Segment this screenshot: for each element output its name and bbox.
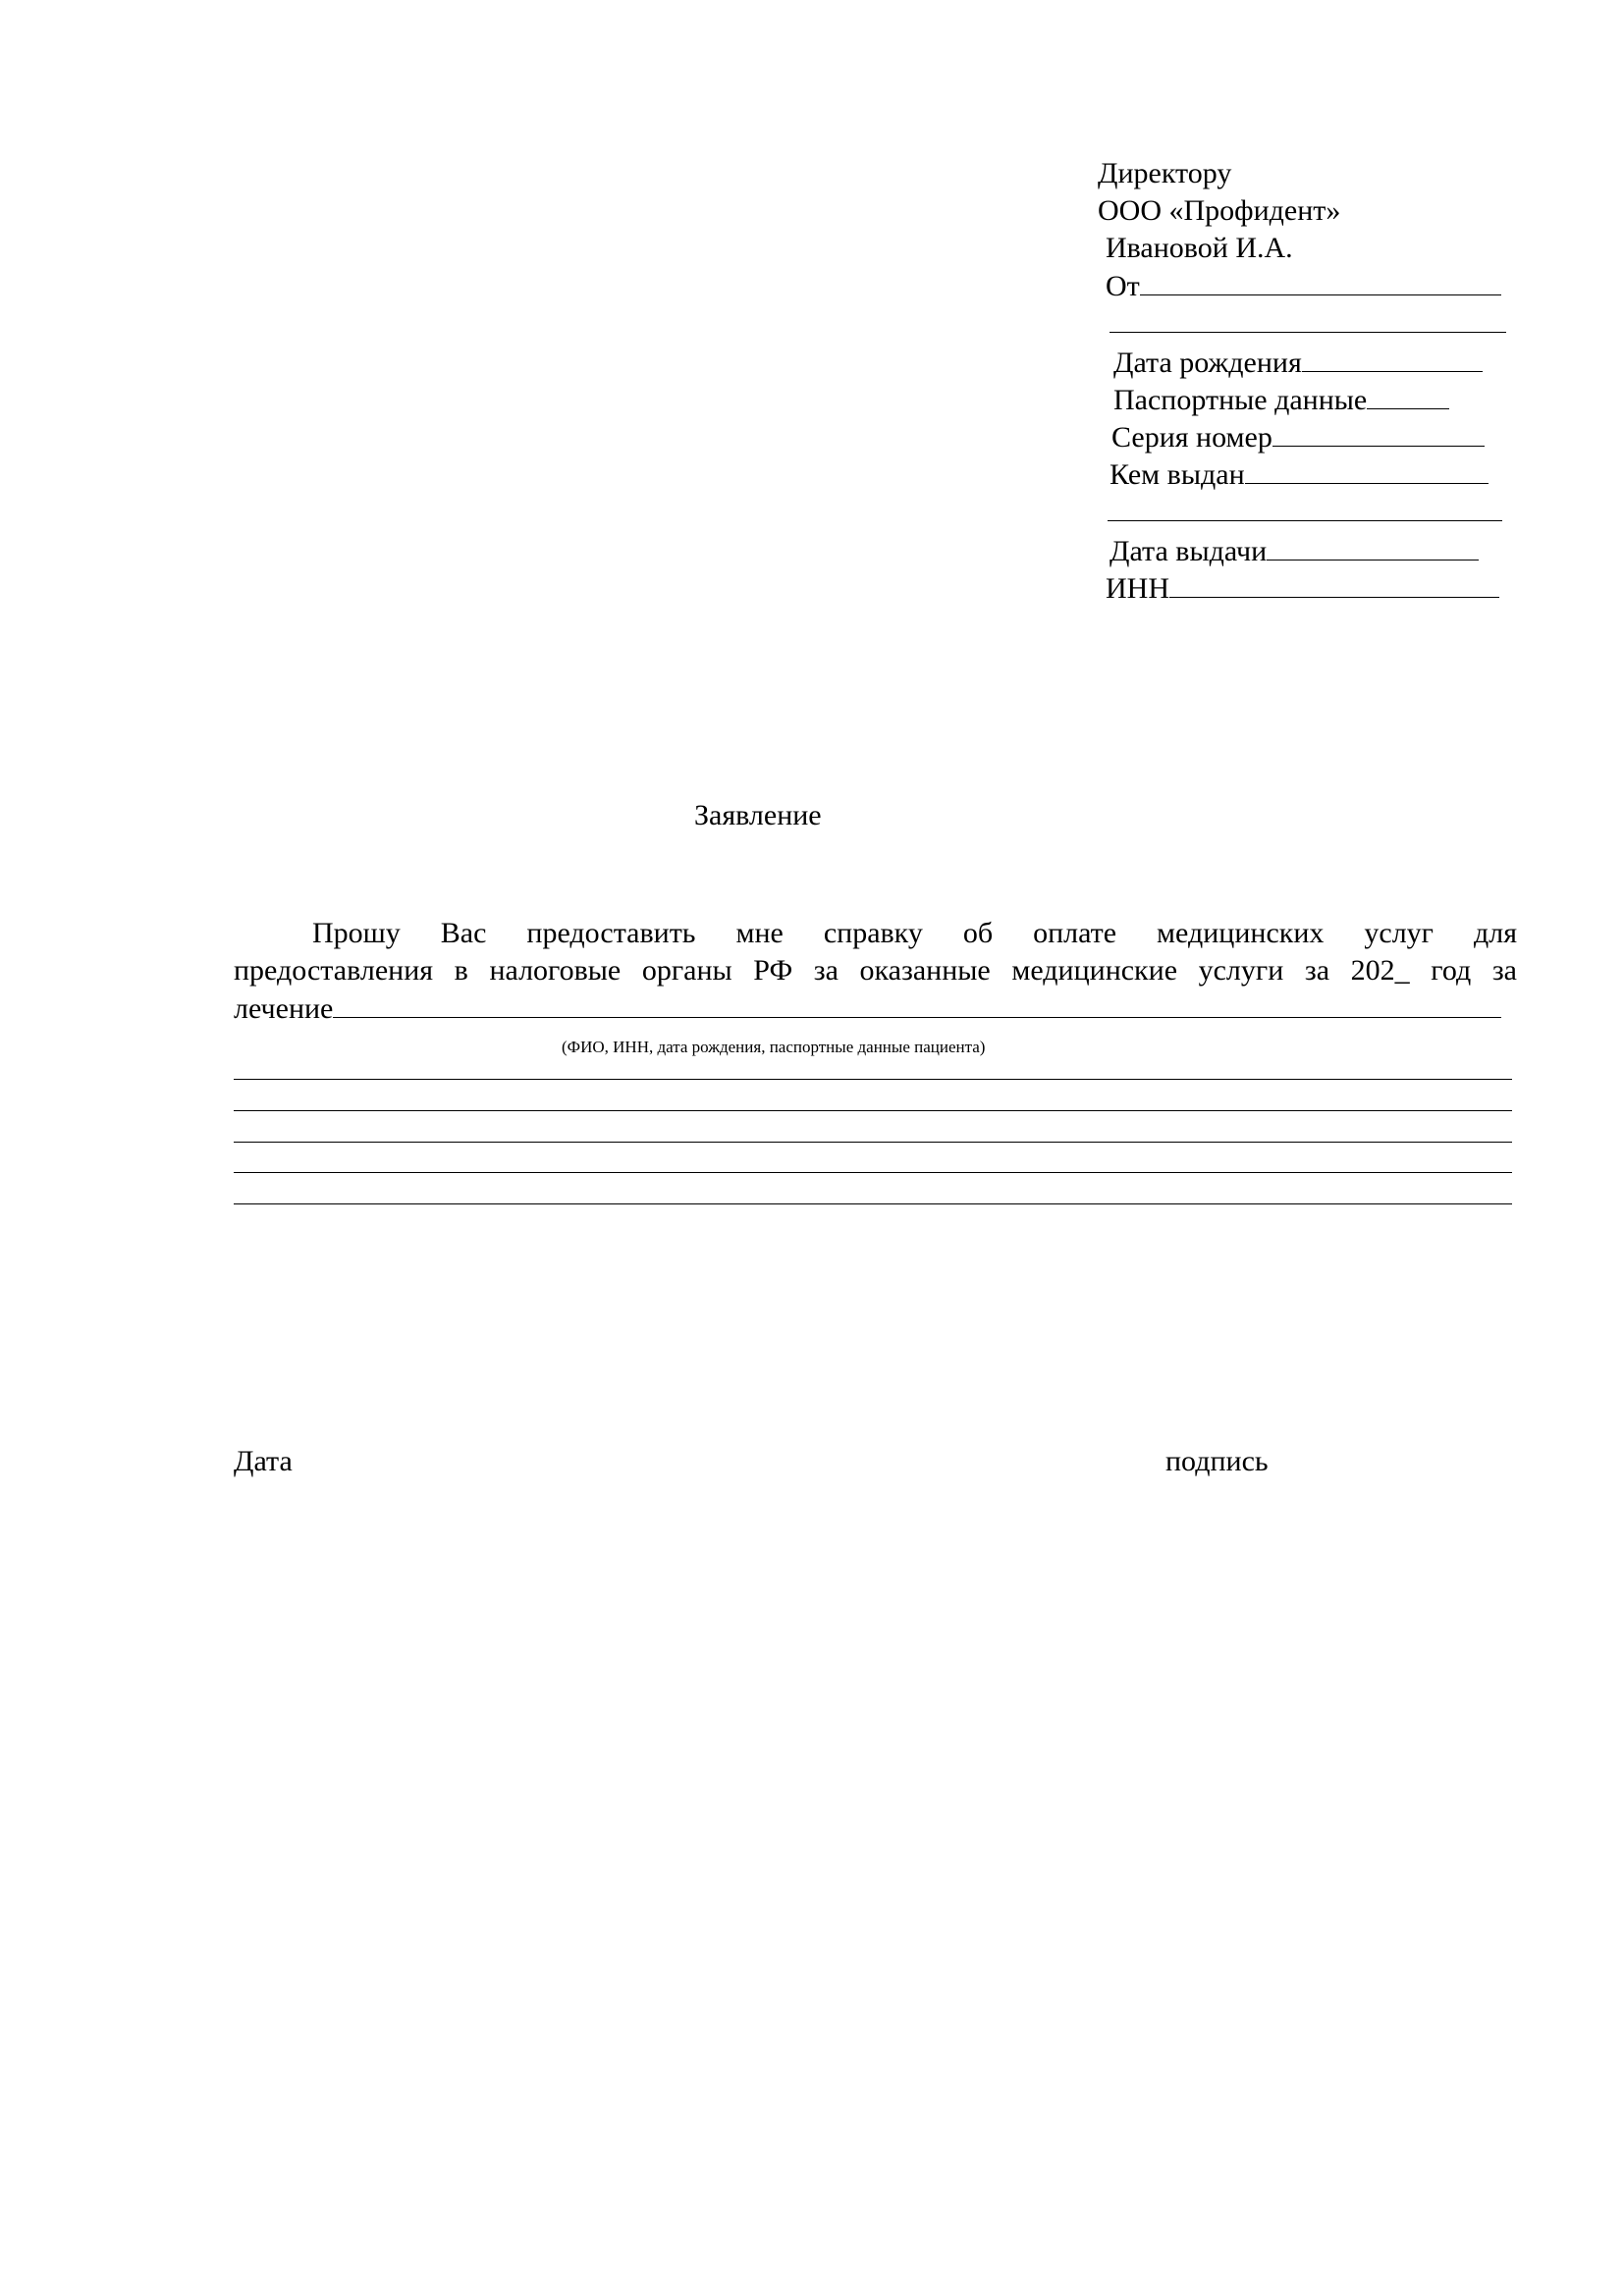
- request-paragraph: Прошу Вас предоставить мне справку об оп…: [234, 915, 1517, 1027]
- passport-label: Паспортные данные: [1113, 384, 1367, 416]
- from-field-continued[interactable]: [1110, 304, 1506, 343]
- document-title: Заявление: [694, 797, 822, 834]
- series-number-label: Серия номер: [1111, 421, 1272, 454]
- passport-blank[interactable]: [1367, 381, 1449, 409]
- body-line-1: Прошу Вас предоставить мне справку об оп…: [234, 915, 1517, 952]
- issued-by-blank-2[interactable]: [1108, 493, 1502, 521]
- issued-by-field[interactable]: Кем выдан: [1110, 455, 1489, 494]
- issued-by-label: Кем выдан: [1110, 458, 1245, 491]
- inn-field[interactable]: ИНН: [1106, 569, 1499, 608]
- issue-date-label: Дата выдачи: [1110, 535, 1267, 567]
- blank-line-1[interactable]: [234, 1078, 1512, 1080]
- from-label: От: [1106, 270, 1140, 302]
- inn-blank[interactable]: [1169, 569, 1499, 598]
- birth-date-label: Дата рождения: [1113, 347, 1302, 379]
- addressee-position: Директору: [1098, 155, 1231, 192]
- series-number-field[interactable]: Серия номер: [1111, 418, 1485, 456]
- blank-line-4[interactable]: [234, 1171, 1512, 1173]
- series-number-blank[interactable]: [1272, 418, 1485, 447]
- date-label: Дата: [234, 1443, 293, 1480]
- birth-date-field[interactable]: Дата рождения: [1113, 344, 1483, 382]
- issued-by-blank[interactable]: [1245, 455, 1489, 484]
- birth-date-blank[interactable]: [1302, 344, 1483, 372]
- issued-by-field-continued[interactable]: [1108, 493, 1502, 531]
- issue-date-field[interactable]: Дата выдачи: [1110, 532, 1479, 570]
- treatment-field[interactable]: лечение: [234, 989, 1517, 1027]
- blank-line-2[interactable]: [234, 1109, 1512, 1111]
- inn-label: ИНН: [1106, 572, 1169, 605]
- from-field[interactable]: От: [1106, 267, 1501, 305]
- from-blank[interactable]: [1140, 267, 1501, 295]
- passport-field[interactable]: Паспортные данные: [1113, 381, 1449, 419]
- patient-info-blank[interactable]: [333, 989, 1501, 1018]
- blank-line-5[interactable]: [234, 1202, 1512, 1204]
- patient-info-caption: (ФИО, ИНН, дата рождения, паспортные дан…: [562, 1037, 985, 1058]
- document-page: Директору ООО «Профидент» Ивановой И.А. …: [0, 0, 1624, 2296]
- issue-date-blank[interactable]: [1267, 532, 1479, 561]
- signature-label: подпись: [1165, 1443, 1269, 1480]
- addressee-company: ООО «Профидент»: [1098, 192, 1340, 230]
- treatment-label: лечение: [234, 992, 333, 1025]
- blank-line-3[interactable]: [234, 1141, 1512, 1143]
- addressee-name: Ивановой И.А.: [1106, 230, 1293, 267]
- from-blank-2[interactable]: [1110, 304, 1506, 333]
- body-line-2: предоставления в налоговые органы РФ за …: [234, 952, 1517, 989]
